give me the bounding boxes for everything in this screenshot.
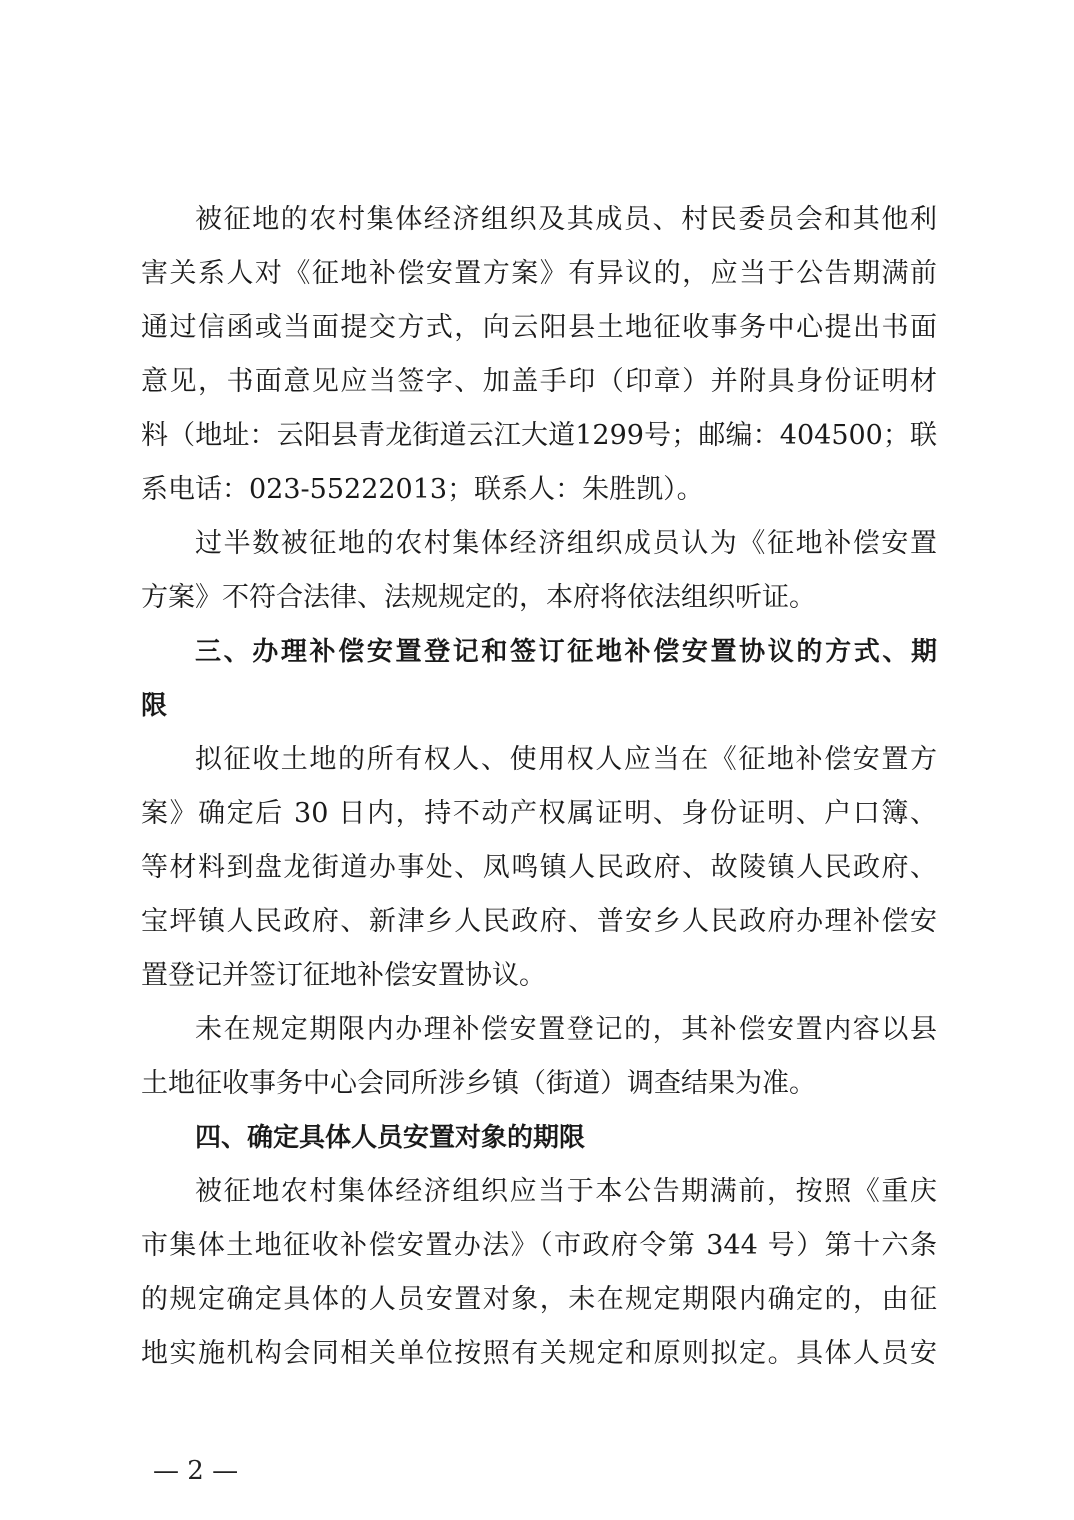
paragraph-hearing-line-2: 方案》不符合法律、法规规定的，本府将依法组织听证。 [141, 578, 937, 618]
paragraph-objection-line-5: 料（地址：云阳县青龙街道云江大道1299号；邮编：404500；联 [141, 416, 937, 456]
paragraph-resettlement-line-3: 的规定确定具体的人员安置对象，未在规定期限内确定的，由征 [141, 1280, 937, 1320]
paragraph-resettlement-line-4: 地实施机构会同相关单位按照有关规定和原则拟定。具体人员安 [141, 1334, 937, 1374]
section-heading-4: 四、确定具体人员安置对象的期限 [195, 1118, 937, 1158]
paragraph-resettlement-line-1: 被征地农村集体经济组织应当于本公告期满前，按照《重庆 [195, 1172, 937, 1212]
paragraph-objection-line-6: 系电话：023-55222013；联系人：朱胜凯）。 [141, 470, 937, 510]
paragraph-registration-line-4: 宝坪镇人民政府、新津乡人民政府、普安乡人民政府办理补偿安 [141, 902, 937, 942]
section-heading-3-line-2: 限 [141, 686, 937, 726]
paragraph-resettlement-line-2: 市集体土地征收补偿安置办法》（市政府令第 344 号）第十六条 [141, 1226, 937, 1266]
document-page: 被征地的农村集体经济组织及其成员、村民委员会和其他利 害关系人对《征地补偿安置方… [0, 0, 1074, 1520]
paragraph-registration-line-1: 拟征收土地的所有权人、使用权人应当在《征地补偿安置方 [195, 740, 937, 780]
paragraph-registration-line-5: 置登记并签订征地补偿安置协议。 [141, 956, 937, 996]
paragraph-objection-line-3: 通过信函或当面提交方式，向云阳县土地征收事务中心提出书面 [141, 308, 937, 348]
section-heading-3-line-1: 三、办理补偿安置登记和签订征地补偿安置协议的方式、期 [195, 632, 937, 672]
paragraph-registration-line-3: 等材料到盘龙街道办事处、凤鸣镇人民政府、故陵镇人民政府、 [141, 848, 937, 888]
paragraph-objection-line-2: 害关系人对《征地补偿安置方案》有异议的，应当于公告期满前 [141, 254, 937, 294]
page-number: — 2 — [153, 1454, 238, 1488]
paragraph-objection-line-1: 被征地的农村集体经济组织及其成员、村民委员会和其他利 [195, 200, 937, 240]
paragraph-late-registration-line-1: 未在规定期限内办理补偿安置登记的，其补偿安置内容以县 [195, 1010, 937, 1050]
paragraph-late-registration-line-2: 土地征收事务中心会同所涉乡镇（街道）调查结果为准。 [141, 1064, 937, 1104]
paragraph-objection-line-4: 意见，书面意见应当签字、加盖手印（印章）并附具身份证明材 [141, 362, 937, 402]
paragraph-hearing-line-1: 过半数被征地的农村集体经济组织成员认为《征地补偿安置 [195, 524, 937, 564]
paragraph-registration-line-2: 案》确定后 30 日内，持不动产权属证明、身份证明、户口簿、 [141, 794, 937, 834]
